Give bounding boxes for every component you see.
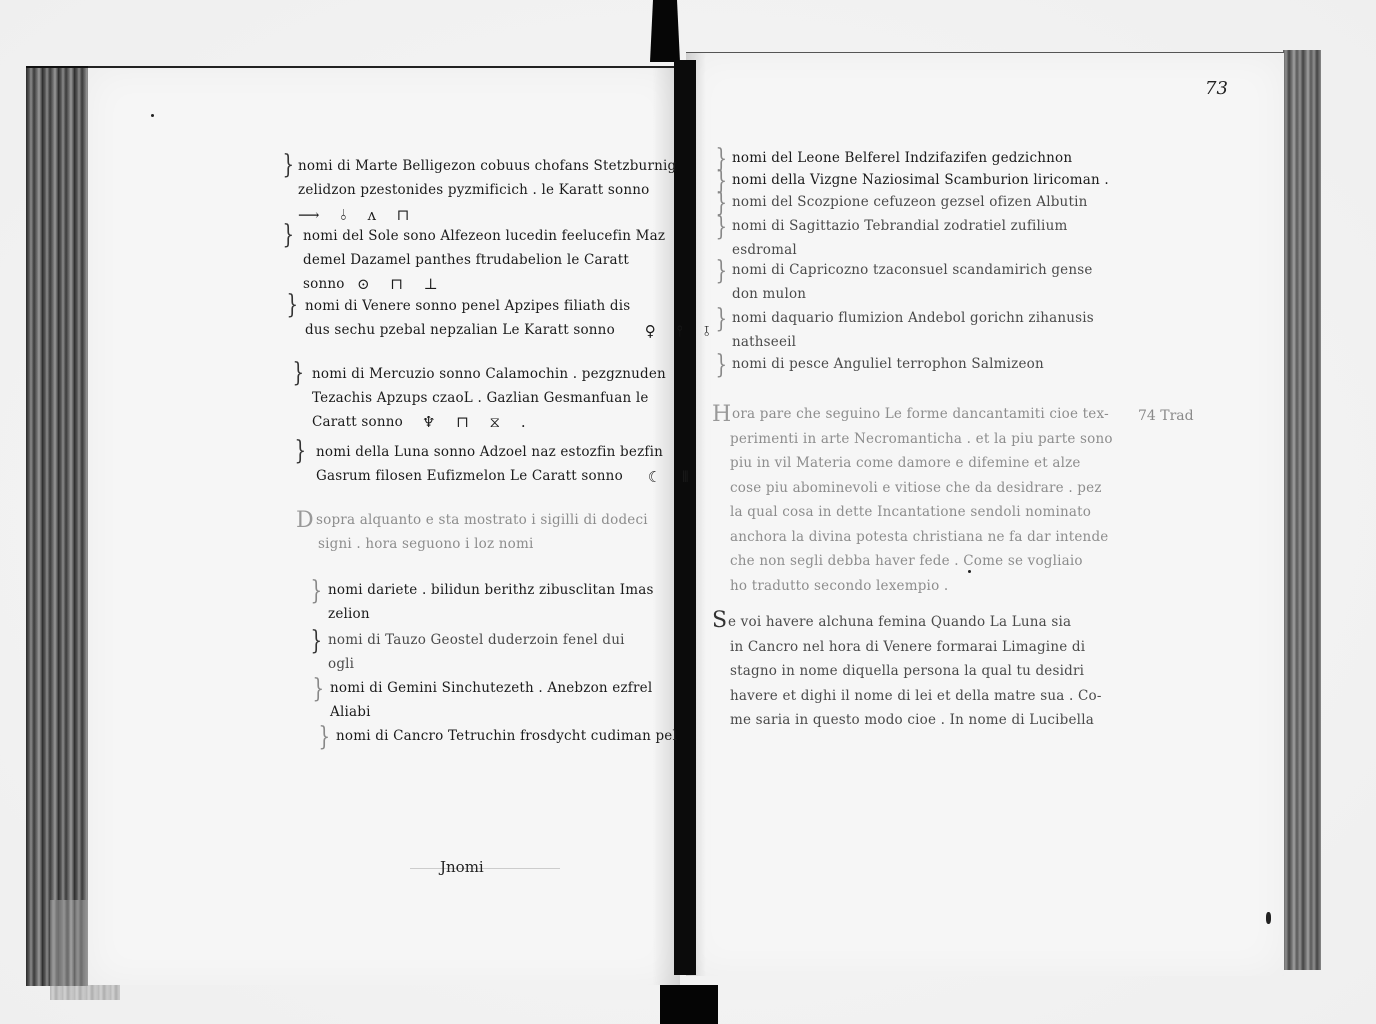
bracket-mark: } bbox=[294, 438, 306, 464]
bookmark-ribbon bbox=[674, 60, 696, 975]
manuscript-line: nomi di Tauzo Geostel duderzoin fenel du… bbox=[328, 632, 625, 648]
manuscript-line: sonno bbox=[303, 276, 345, 292]
bracket-mark: } bbox=[318, 724, 330, 750]
bracket-mark: } bbox=[312, 676, 324, 702]
manuscript-line: zelion bbox=[328, 606, 370, 622]
manuscript-line: nomi di Gemini Sinchutezeth . Anebzon ez… bbox=[330, 680, 652, 696]
paragraph-line: piu in vil Materia come damore e difemin… bbox=[730, 455, 1081, 471]
manuscript-line: nomi della Vizgne Naziosimal Scamburion … bbox=[732, 172, 1109, 188]
bracket-mark: } bbox=[310, 628, 322, 654]
paragraph-line: ho tradutto secondo lexempio . bbox=[730, 578, 948, 594]
astrological-characters: ♀ ⫯ ⫱ bbox=[645, 322, 718, 340]
catchword-flourish bbox=[410, 868, 560, 869]
manuscript-line: nomi del Leone Belferel Indzifazifen ged… bbox=[732, 150, 1072, 166]
astrological-characters: ⟶ ⫰ ʌ ⊓ bbox=[298, 206, 417, 224]
manuscript-line: Caratt sonno bbox=[312, 414, 403, 430]
manuscript-line: demel Dazamel panthes ftrudabelion le Ca… bbox=[303, 252, 629, 268]
bracket-mark: } bbox=[282, 152, 294, 178]
bracket-mark: } bbox=[715, 306, 727, 332]
manuscript-line: nomi di Sagittazio Tebrandial zodratiel … bbox=[732, 218, 1067, 234]
manuscript-line: don mulon bbox=[732, 286, 806, 302]
manuscript-line: nomi di pesce Anguliel terrophon Salmize… bbox=[732, 356, 1044, 372]
rubric-line: signi . hora seguono i loz nomi bbox=[318, 536, 533, 552]
manuscript-line: Aliabi bbox=[330, 704, 371, 720]
paragraph-line: havere et dighi il nome di lei et della … bbox=[730, 688, 1102, 704]
paragraph-line: in Cancro nel hora di Venere formarai Li… bbox=[730, 639, 1085, 655]
book-edge-right bbox=[1283, 50, 1321, 970]
bracket-mark: } bbox=[282, 222, 294, 248]
paragraph-line: me saria in questo modo cioe . In nome d… bbox=[730, 712, 1094, 728]
bracket-mark: } bbox=[310, 578, 322, 604]
manuscript-line: zelidzon pzestonides pyzmificich . le Ka… bbox=[298, 182, 649, 198]
bracket-mark: } bbox=[286, 292, 298, 318]
bookmark-ribbon-bottom bbox=[660, 985, 718, 1024]
manuscript-line: nomi di Capricozno tzaconsuel scandamiri… bbox=[732, 262, 1093, 278]
book-edge-left bbox=[26, 66, 88, 986]
paragraph-line: e voi havere alchuna femina Quando La Lu… bbox=[728, 614, 1071, 630]
manuscript-line: nomi di Cancro Tetruchin frosdycht cudim… bbox=[336, 728, 677, 744]
manuscript-line: nomi del Scozpione cefuzeon gezsel ofize… bbox=[732, 194, 1087, 210]
paragraph-line: ora pare che seguino Le forme dancantami… bbox=[732, 406, 1109, 422]
astrological-characters: ♆ ⊓ ⧖ . bbox=[422, 413, 534, 431]
ink-speck bbox=[968, 570, 971, 573]
manuscript-line: nomi daquario flumizion Andebol gorichn … bbox=[732, 310, 1094, 326]
initial-letter: S bbox=[712, 608, 727, 633]
manuscript-line: esdromal bbox=[732, 242, 797, 258]
manuscript-line: dus sechu pzebal nepzalian Le Karatt son… bbox=[305, 322, 615, 338]
bracket-mark: } bbox=[715, 352, 727, 378]
initial-letter: D bbox=[296, 508, 314, 533]
manuscript-line: nomi della Luna sonno Adzoel naz estozfi… bbox=[316, 444, 663, 460]
rubric-line: sopra alquanto e sta mostrato i sigilli … bbox=[316, 512, 648, 528]
ink-blot bbox=[1266, 912, 1271, 924]
catchword: Jnomi bbox=[440, 858, 484, 876]
manuscript-line: nomi di Venere sonno penel Apzipes filia… bbox=[305, 298, 630, 314]
paragraph-line: cose piu abominevoli e vitiose che da de… bbox=[730, 480, 1102, 496]
manuscript-line: Gasrum filosen Eufizmelon Le Caratt sonn… bbox=[316, 468, 623, 484]
bookmark-ribbon-top bbox=[650, 0, 680, 62]
bracket-mark: } bbox=[715, 258, 727, 284]
paragraph-line: che non segli debba haver fede . Come se… bbox=[730, 553, 1083, 569]
manuscript-line: Tezachis Apzups czaoL . Gazlian Gesmanfu… bbox=[312, 390, 649, 406]
folio-number: 73 bbox=[1205, 78, 1228, 99]
paragraph-line: stagno in nome diquella persona la qual … bbox=[730, 663, 1084, 679]
bracket-mark: } bbox=[715, 214, 727, 240]
astrological-characters: ⊙ ⊓ ⊥ bbox=[357, 275, 446, 293]
paragraph-line: perimenti in arte Necromanticha . et la … bbox=[730, 431, 1113, 447]
manuscript-line: nomi dariete . bilidun berithz zibusclit… bbox=[328, 582, 654, 598]
manuscript-line: nomi del Sole sono Alfezeon lucedin feel… bbox=[303, 228, 665, 244]
manuscript-line: nomi di Marte Belligezon cobuus chofans … bbox=[298, 158, 676, 174]
ink-speck bbox=[151, 114, 154, 117]
paragraph-line: anchora la divina potesta christiana ne … bbox=[730, 529, 1108, 545]
manuscript-line: nathseeil bbox=[732, 334, 796, 350]
astrological-characters: ☾ ⫴ bbox=[648, 468, 697, 486]
manuscript-line: nomi di Mercuzio sonno Calamochin . pezg… bbox=[312, 366, 666, 382]
margin-note: 74 Trad bbox=[1138, 408, 1194, 424]
manuscript-line: ogli bbox=[328, 656, 354, 672]
initial-letter: H bbox=[712, 402, 731, 427]
paragraph-line: la qual cosa in dette Incantatione sendo… bbox=[730, 504, 1091, 520]
bracket-mark: } bbox=[292, 360, 304, 386]
